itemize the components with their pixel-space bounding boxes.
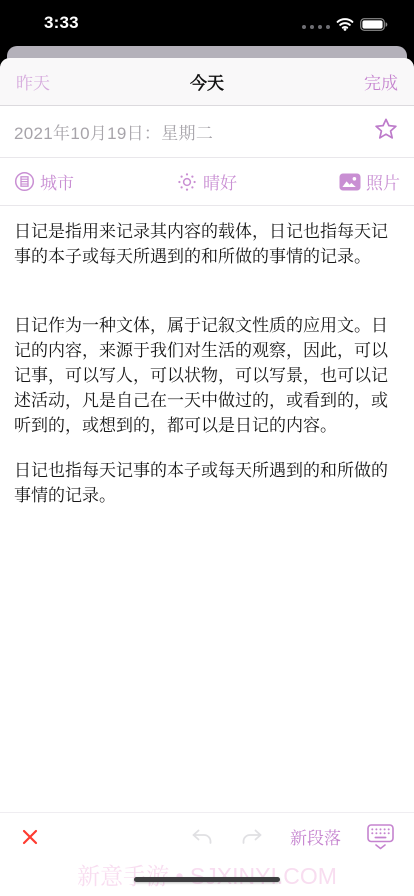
undo-button[interactable] — [190, 827, 214, 846]
sun-icon — [176, 171, 198, 193]
close-button[interactable] — [20, 827, 40, 847]
city-button[interactable]: 城市 — [14, 169, 74, 194]
weather-button[interactable]: 晴好 — [176, 169, 237, 194]
weather-label: 晴好 — [203, 169, 237, 194]
meta-row: 城市 晴好 — [0, 158, 414, 206]
status-time: 3:33 — [44, 13, 79, 33]
done-button[interactable]: 完成 — [364, 69, 398, 94]
editor-toolbar: 新段落 — [0, 812, 414, 860]
city-label: 城市 — [40, 169, 74, 194]
photo-icon — [339, 173, 361, 191]
diary-text-editor[interactable]: 日记是指用来记录其内容的载体，日记也指每天记事的本子或每天所遇到的和所做的事情的… — [0, 206, 414, 812]
favorite-star-button[interactable] — [372, 115, 400, 148]
diary-sheet: 昨天 今天 完成 2021年10月19日：星期二 城市 — [0, 58, 414, 896]
photo-label: 照片 — [366, 169, 400, 194]
status-bar: 3:33 — [0, 0, 414, 46]
bottom-zone: 新意手游 • SJXINYI.COM — [0, 860, 414, 896]
nav-bar: 昨天 今天 完成 — [0, 58, 414, 106]
watermark: 新意手游 • SJXINYI.COM — [77, 858, 337, 891]
battery-icon — [360, 18, 388, 36]
diary-paragraph: 日记是指用来记录其内容的载体，日记也指每天记事的本子或每天所遇到的和所做的事情的… — [14, 219, 400, 269]
redo-button[interactable] — [240, 827, 264, 846]
home-indicator[interactable] — [134, 877, 280, 882]
diary-paragraph: 日记作为一种文体，属于记叙文性质的应用文。日记的内容，来源于我们对生活的观察，因… — [14, 313, 400, 438]
city-icon — [14, 171, 35, 192]
wifi-icon — [336, 17, 354, 36]
yesterday-button[interactable]: 昨天 — [16, 69, 50, 94]
diary-paragraph: 日记也指每天记事的本子或每天所遇到的和所做的事情的记录。 — [14, 458, 400, 508]
cellular-signal-icon — [302, 25, 330, 29]
new-paragraph-button[interactable]: 新段落 — [290, 824, 341, 849]
page-title: 今天 — [190, 69, 224, 94]
entry-date: 2021年10月19日：星期二 — [14, 119, 213, 144]
photo-button[interactable]: 照片 — [339, 169, 400, 194]
date-row: 2021年10月19日：星期二 — [0, 106, 414, 158]
status-icons — [302, 17, 388, 36]
dismiss-keyboard-icon[interactable] — [367, 824, 394, 850]
